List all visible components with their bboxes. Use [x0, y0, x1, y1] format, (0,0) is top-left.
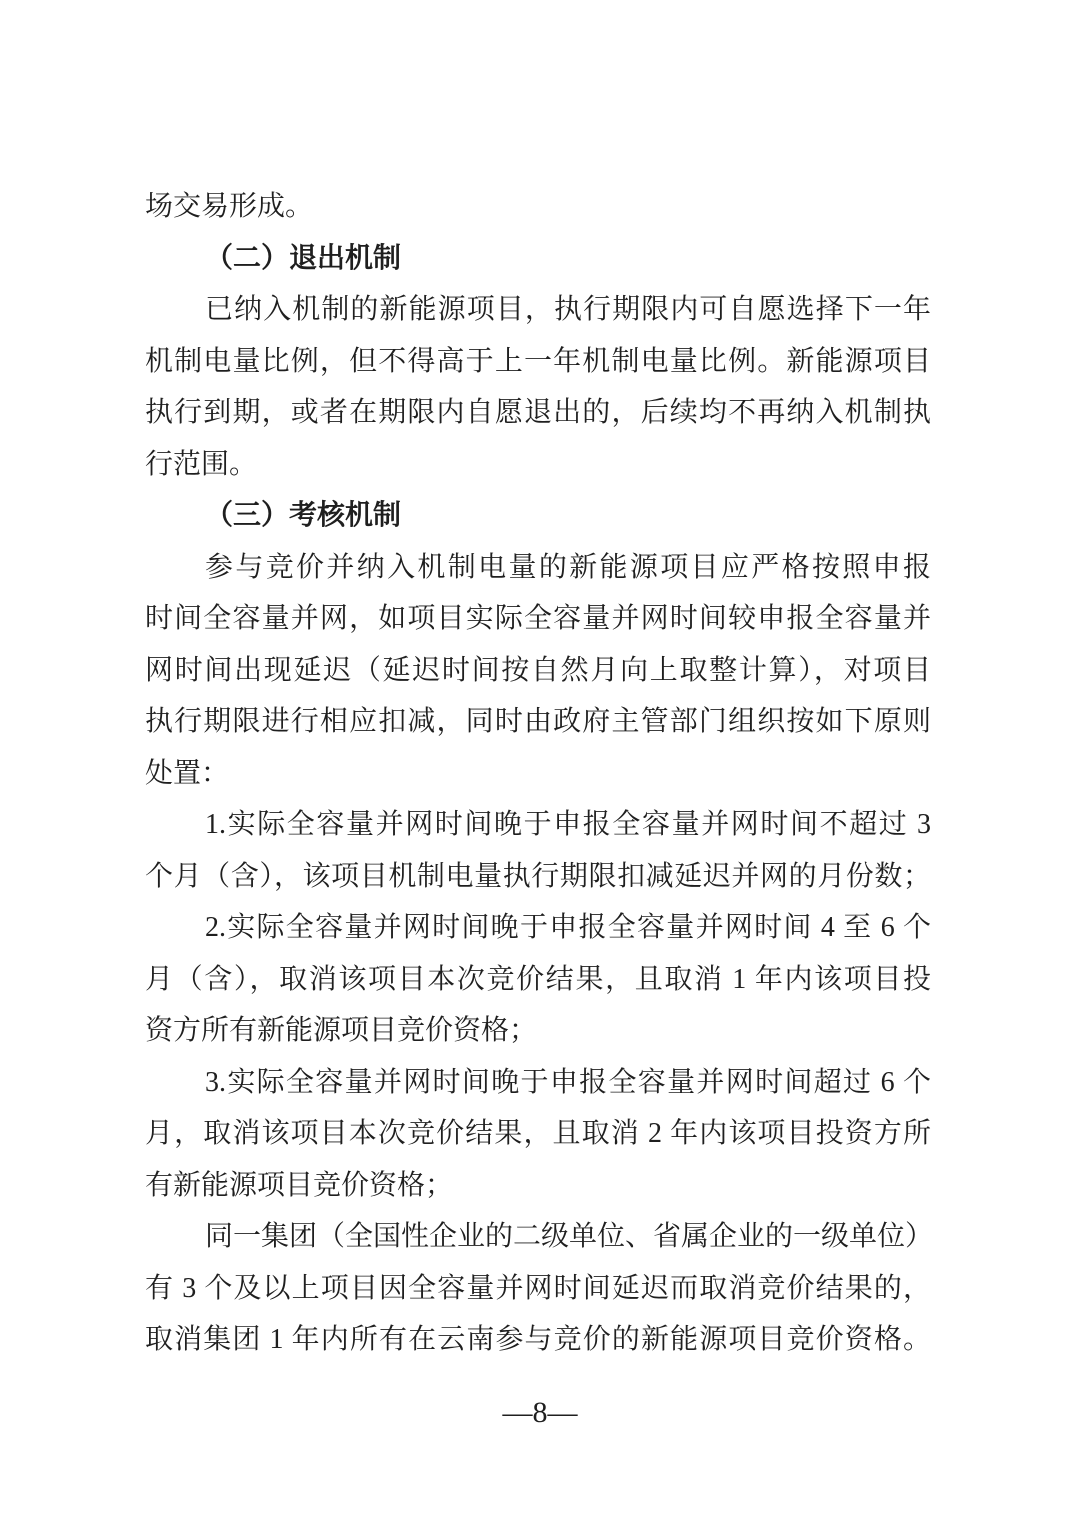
text-line: 有 3 个及以上项目因全容量并网时间延迟而取消竞价结果的，	[145, 1263, 931, 1315]
text-line: 资方所有新能源项目竞价资格；	[145, 1005, 931, 1057]
text-line: 月（含），取消该项目本次竞价结果，且取消 1 年内该项目投	[145, 954, 931, 1006]
text-line: 同一集团（全国性企业的二级单位、省属企业的一级单位）	[145, 1211, 931, 1263]
text-line: 月，取消该项目本次竞价结果，且取消 2 年内该项目投资方所	[145, 1108, 931, 1160]
numbered-item-2: 2.实际全容量并网时间晚于申报全容量并网时间 4 至 6 个	[145, 902, 931, 954]
heading-exit-mechanism: （二）退出机制	[145, 233, 931, 285]
text-line: 已纳入机制的新能源项目，执行期限内可自愿选择下一年	[145, 284, 931, 336]
text-line: 时间全容量并网，如项目实际全容量并网时间较申报全容量并	[145, 593, 931, 645]
numbered-item-1: 1.实际全容量并网时间晚于申报全容量并网时间不超过 3	[145, 799, 931, 851]
text-line: 取消集团 1 年内所有在云南参与竞价的新能源项目竞价资格。	[145, 1314, 931, 1366]
document-page: 场交易形成。 （二）退出机制 已纳入机制的新能源项目，执行期限内可自愿选择下一年…	[0, 0, 1080, 1527]
numbered-item-3: 3.实际全容量并网时间晚于申报全容量并网时间超过 6 个	[145, 1057, 931, 1109]
text-line: 场交易形成。	[145, 181, 931, 233]
text-line: 参与竞价并纳入机制电量的新能源项目应严格按照申报	[145, 542, 931, 594]
document-body: 场交易形成。 （二）退出机制 已纳入机制的新能源项目，执行期限内可自愿选择下一年…	[145, 181, 931, 1366]
text-line: 处置：	[145, 748, 931, 800]
heading-assessment-mechanism: （三）考核机制	[145, 490, 931, 542]
text-line: 网时间出现延迟（延迟时间按自然月向上取整计算），对项目	[145, 645, 931, 697]
text-line: 有新能源项目竞价资格；	[145, 1160, 931, 1212]
page-number: —8—	[0, 1392, 1080, 1434]
text-line: 机制电量比例，但不得高于上一年机制电量比例。新能源项目	[145, 336, 931, 388]
text-line: 执行到期，或者在期限内自愿退出的，后续均不再纳入机制执	[145, 387, 931, 439]
text-line: 个月（含），该项目机制电量执行期限扣减延迟并网的月份数；	[145, 851, 931, 903]
text-line: 行范围。	[145, 439, 931, 491]
text-line: 执行期限进行相应扣减，同时由政府主管部门组织按如下原则	[145, 696, 931, 748]
